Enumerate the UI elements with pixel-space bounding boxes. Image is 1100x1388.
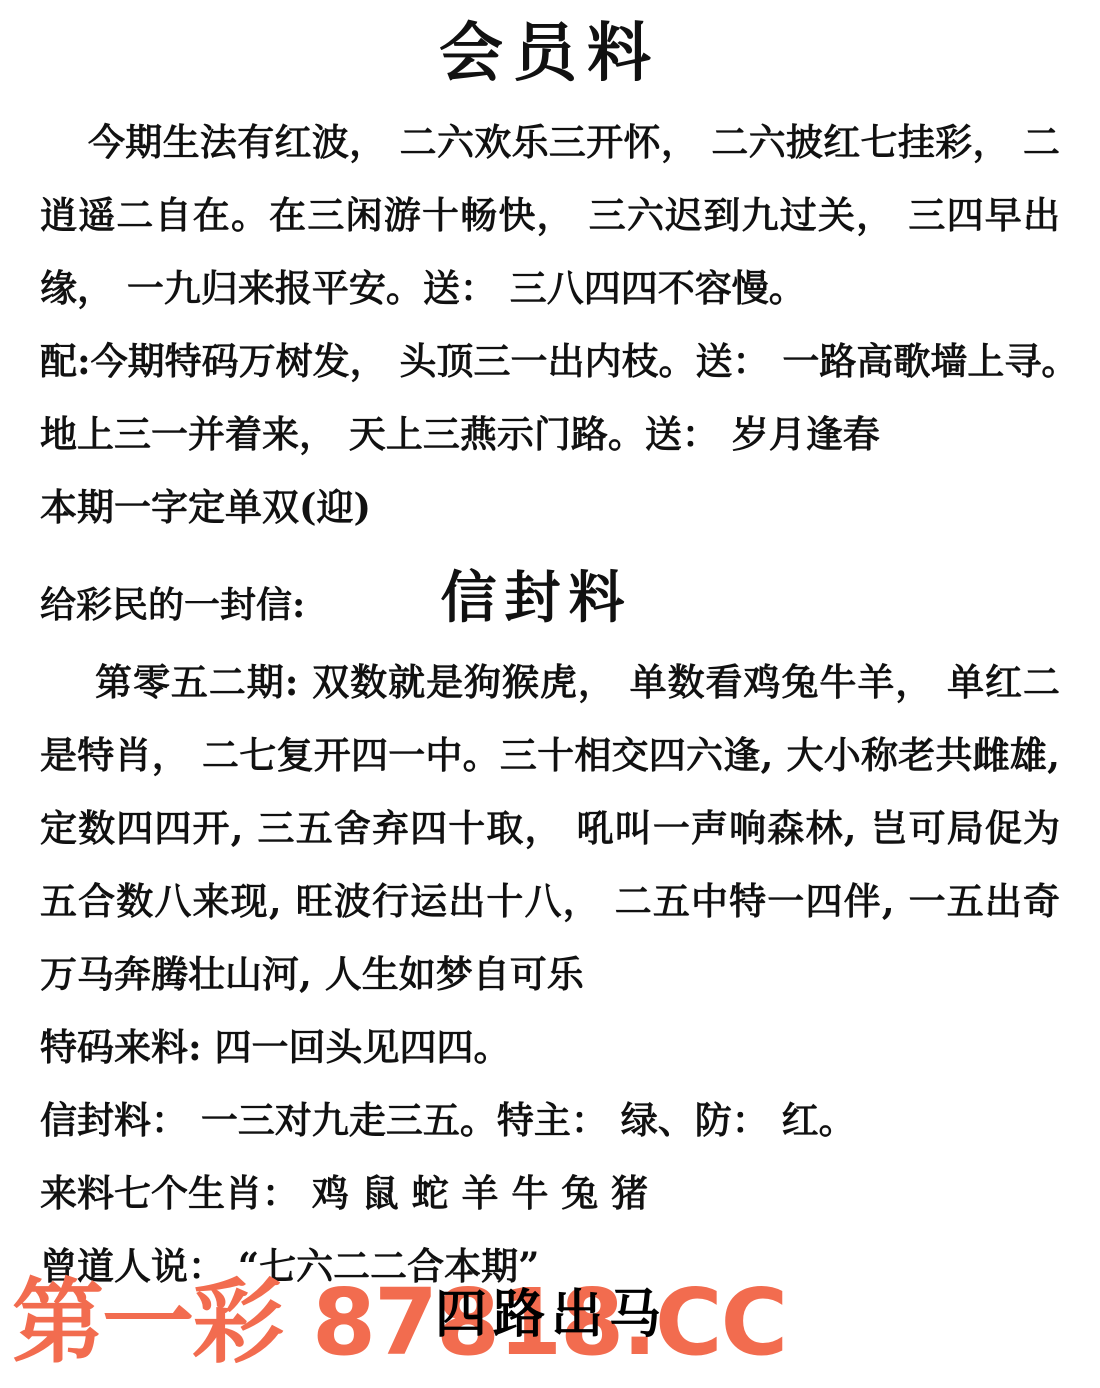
envelope-section-title: 信封料 [441,554,633,634]
pei-tip-line: 配:今期特码万树发， 头顶三一出内枝。送： 一路高歌墙上寻。 [40,325,1060,398]
single-double-tip-line: 本期一字定单双(迎) [40,471,1060,544]
envelope-tip-line: 信封料： 一三对九走三五。特主： 绿、防： 红。 [40,1084,1060,1157]
zengdaoren-quote-line: 曾道人说： “七六二二合本期” [40,1230,1060,1303]
special-code-tip-line: 特码来料: 四一回头见四四。 [40,1011,1060,1084]
zodiac-tip-line: 来料七个生肖： 鸡 鼠 蛇 羊 牛 兔 猪 [40,1157,1060,1230]
lottery-tips-sheet: 会员料 今期生法有红波， 二六欢乐三开怀， 二六披红七挂彩， 二八 逍遥二自在。… [0,0,1100,1388]
envelope-intro-label: 给彩民的一封信: [40,577,305,628]
member-paragraph: 今期生法有红波， 二六欢乐三开怀， 二六披红七挂彩， 二八 逍遥二自在。在三闲游… [40,106,1060,325]
member-section-title: 会员料 [40,14,1060,94]
sheet-content: 会员料 今期生法有红波， 二六欢乐三开怀， 二六披红七挂彩， 二八 逍遥二自在。… [0,14,1100,1303]
envelope-header-row: 给彩民的一封信: 信封料 [40,544,1060,634]
ground-sky-tip-line: 地上三一并着来， 天上三燕示门路。送： 岁月逢春 [40,398,1060,471]
envelope-paragraph-line-4: 五合数八来现, 旺波行运出十八， 二五中特一四伴, 一五出奇六制胜, [40,865,1060,938]
envelope-paragraph-line-3: 定数四四开, 三五舍弃四十取， 吼叫一声响森林, 岂可局促为人鞭, 四 [40,792,1060,865]
envelope-paragraph-line-5: 万马奔腾壮山河, 人生如梦自可乐 [40,938,1060,1011]
member-paragraph-line-3: 缘， 一九归来报平安。送： 三八四四不容慢。 [40,252,1060,325]
member-paragraph-line-2: 逍遥二自在。在三闲游十畅快， 三六迟到九过关， 三四早出三结 [40,179,1060,252]
envelope-paragraph-line-2: 是特肖， 二七复开四一中。三十相交四六逢, 大小称老共雌雄, 一一 [40,719,1060,792]
member-paragraph-line-1: 今期生法有红波， 二六欢乐三开怀， 二六披红七挂彩， 二八 [40,106,1060,179]
envelope-paragraph: 第零五二期: 双数就是狗猴虎， 单数看鸡兔牛羊， 单红二绿 是特肖， 二七复开四… [40,646,1060,1011]
envelope-paragraph-line-1: 第零五二期: 双数就是狗猴虎， 单数看鸡兔牛羊， 单红二绿 [40,646,1060,719]
